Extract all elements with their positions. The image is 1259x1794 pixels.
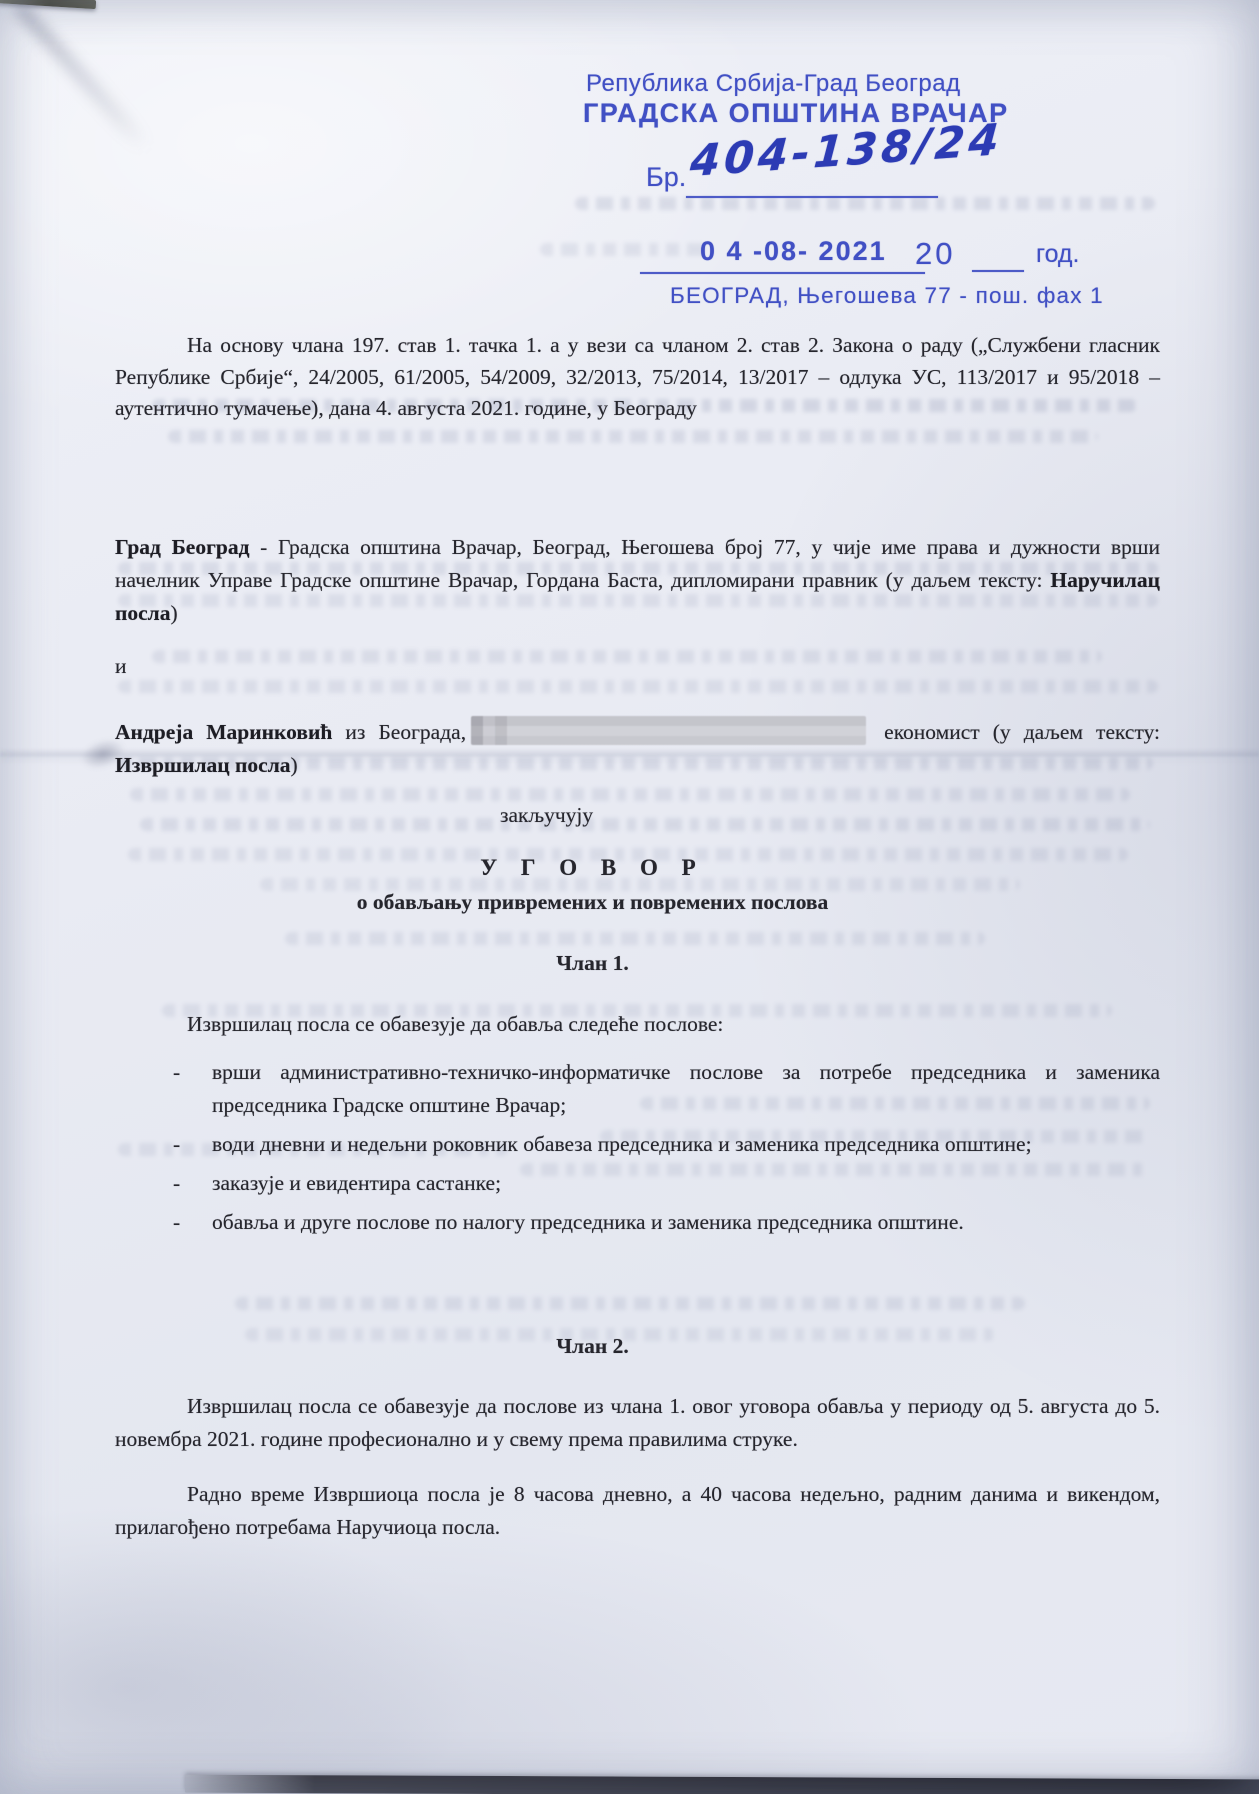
- list-item-text: врши административно-техничко-информатич…: [212, 1056, 1160, 1122]
- conclusion-word: закључују: [500, 803, 593, 828]
- stamp-address-line: БЕОГРАД, Његошева 77 - пош. фах 1: [670, 283, 1104, 309]
- list-item-marker: -: [115, 1167, 212, 1200]
- year-prefix: 20: [915, 236, 955, 272]
- clause-2-heading: Члан 2.: [70, 1334, 1115, 1359]
- list-item-marker: -: [115, 1206, 212, 1239]
- list-item-text: обавља и друге послове по налогу председ…: [212, 1206, 1160, 1239]
- clause-2-paragraph-1: Извршилац посла се обавезује да послове …: [115, 1390, 1160, 1456]
- year-underline: [972, 270, 1024, 272]
- party-employer-name: Град Београд: [115, 535, 249, 559]
- contract-subtitle: о обављању привремених и повремених посл…: [70, 890, 1115, 915]
- clause-1-heading: Члан 1.: [70, 951, 1115, 976]
- case-number-underline: [686, 196, 938, 198]
- list-item: - заказује и евидентира састанке;: [115, 1167, 1160, 1200]
- date-underline: [640, 272, 925, 274]
- list-item-text: води дневни и недељни роковник обавеза п…: [212, 1128, 1160, 1161]
- party-employer-paragraph: Град Београд - Градска општина Врачар, Б…: [115, 531, 1160, 630]
- party-employer-close: ): [171, 601, 178, 625]
- stamp-org-line1: Република Србија-Град Београд: [586, 70, 961, 98]
- list-item: - води дневни и недељни роковник обавеза…: [115, 1128, 1160, 1161]
- party-employer-text: - Градска општина Врачар, Београд, Његош…: [115, 535, 1160, 592]
- party-contractor-text2: економист (у даљем тексту:: [871, 720, 1160, 744]
- clause-1-intro: Извршилац посла се обавезује да обавља с…: [115, 1008, 1160, 1041]
- party-contractor-close: ): [291, 753, 298, 777]
- table-edge: [185, 1775, 1259, 1794]
- paper-crease: [14, 2, 149, 151]
- conjunction: и: [115, 650, 1160, 683]
- clause-1-list: - врши административно-техничко-информат…: [115, 1056, 1160, 1245]
- legal-basis-paragraph: На основу члана 197. став 1. тачка 1. а …: [115, 330, 1160, 425]
- scanned-contract-page: Република Србија-Град Београд ГРАДСКА ОП…: [0, 0, 1259, 1794]
- year-suffix: год.: [1036, 240, 1079, 269]
- party-contractor-term: Извршилац посла: [115, 753, 291, 777]
- list-item-marker: -: [115, 1128, 212, 1161]
- party-contractor-paragraph: Андреја Маринковић из Београда, економис…: [115, 716, 1160, 782]
- list-item: - обавља и друге послове по налогу предс…: [115, 1206, 1160, 1239]
- list-item-marker: -: [115, 1056, 212, 1122]
- list-item: - врши административно-техничко-информат…: [115, 1056, 1160, 1122]
- redaction-blur: [471, 716, 866, 745]
- clause-2-paragraph-2: Радно време Извршиоца посла је 8 часова …: [115, 1478, 1160, 1544]
- paper-clip: [0, 0, 96, 9]
- party-contractor-text1: из Београда,: [332, 720, 466, 744]
- case-number-label: Бр.: [646, 162, 686, 193]
- party-contractor-name: Андреја Маринковић: [115, 720, 332, 744]
- list-item-text: заказује и евидентира састанке;: [212, 1167, 1160, 1200]
- contract-title: У Г О В О Р: [70, 855, 1115, 881]
- date-stamp: 0 4 -08- 2021: [700, 236, 887, 267]
